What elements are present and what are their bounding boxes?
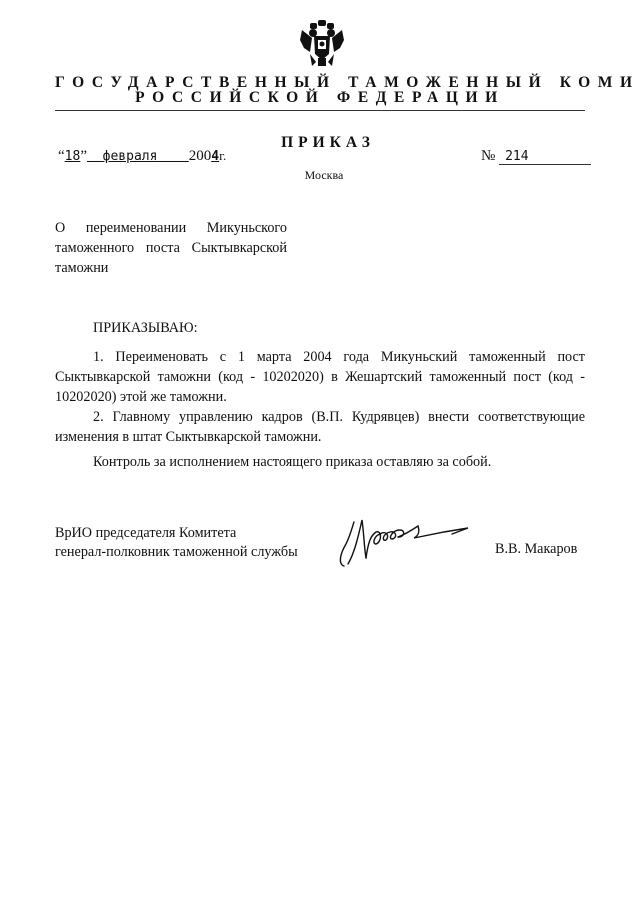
- date-year-digit: 4: [211, 149, 219, 164]
- document-date: “18” февраля 2004г.: [58, 148, 226, 165]
- order-word: ПРИКАЗЫВАЮ:: [93, 320, 198, 337]
- header-divider: [55, 110, 585, 111]
- signatory-position: ВрИО председателя Комитета генерал-полко…: [55, 524, 298, 562]
- number-label: №: [481, 148, 495, 164]
- date-year-suffix: г.: [219, 148, 226, 163]
- order-item-1: 1. Переименовать с 1 марта 2004 года Мик…: [55, 347, 585, 407]
- date-day: 18: [65, 149, 81, 164]
- date-open-quote: “: [58, 148, 65, 164]
- document-number: № 214: [481, 148, 591, 165]
- document-subject: О переименовании Микуньского таможенного…: [55, 218, 287, 278]
- document-city: Москва: [0, 168, 640, 183]
- control-clause: Контроль за исполнением настоящего прика…: [93, 454, 491, 471]
- russian-coat-of-arms-icon: [296, 18, 348, 70]
- date-year-prefix: 200: [189, 148, 212, 164]
- position-line-1: ВрИО председателя Комитета: [55, 524, 298, 543]
- position-line-2: генерал-полковник таможенной службы: [55, 543, 298, 562]
- signatory-name: В.В. Макаров: [495, 541, 577, 558]
- handwritten-signature-icon: [334, 514, 474, 569]
- order-items: 1. Переименовать с 1 марта 2004 года Мик…: [55, 347, 585, 447]
- org-name-line2: РОССИЙСКОЙ ФЕДЕРАЦИИ: [0, 89, 640, 107]
- date-month: февраля: [103, 149, 158, 164]
- date-close-quote: ”: [80, 148, 87, 164]
- number-value: 214: [499, 149, 591, 165]
- order-item-2: 2. Главному управлению кадров (В.П. Кудр…: [55, 407, 585, 447]
